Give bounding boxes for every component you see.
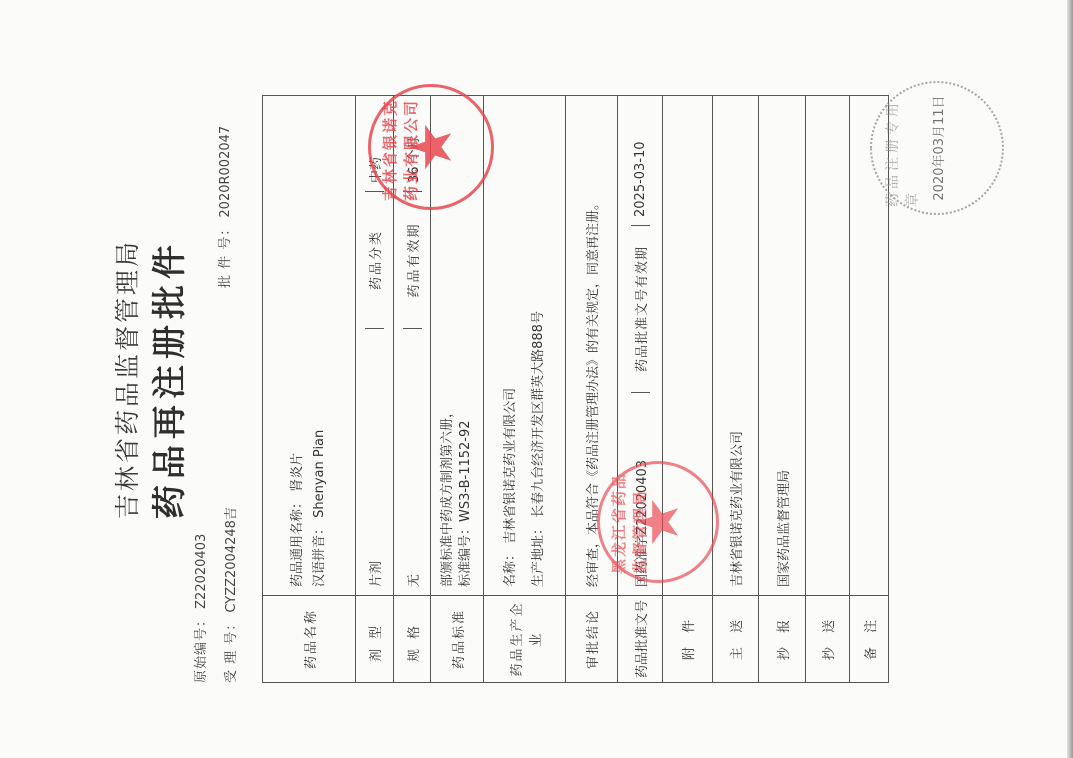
standard-line-2: 标准编号：WS3-B-1152-92 [457,104,475,587]
approval-number: 批 件 号： 2020R002047 [214,126,233,288]
acceptance-number-value: CYZZ2004248吉 [224,507,239,613]
validity-label: 药品有效期 [403,192,422,329]
label-standard: 药品标准 [431,596,484,683]
category-value: 中药 [365,96,384,192]
value-dosage-form-cell: 片剂 药品分类 中药 [356,96,394,596]
row-attachment: 附 件 [663,96,713,683]
value-conclusion: 经审查，本品符合《药品注册管理办法》的有关规定，同意再注册。 [566,96,618,596]
acceptance-number-label: 受 理 号： [224,617,239,683]
acceptance-number: 受 理 号： CYZZ2004248吉 [220,507,239,683]
label-drug-name: 药品名称 [263,596,356,683]
approval-number-label: 批 件 号： [218,222,233,288]
label-dosage-form: 剂型 [356,596,394,683]
value-drug-name: 药品通用名称： 肾炎片 汉语拼音： Shenyan Pian [263,96,356,596]
label-copy-to: 抄 送 [806,596,850,683]
approval-number-value: 2020R002047 [218,126,233,218]
value-manufacturer: 名称： 吉林省银诺克药业有限公司 生产地址： 长春九台经济开发区群英大路888号 [484,96,566,596]
label-remarks: 备 注 [850,596,889,683]
row-specification: 规格 无 药品有效期 36 个月 [394,96,431,683]
row-conclusion: 审批结论 经审查，本品符合《药品注册管理办法》的有关规定，同意再注册。 [566,96,618,683]
label-manufacturer: 药品生产企业 [484,596,566,683]
standard-line-1: 部颁标准中药成方制剂第六册， [439,104,457,587]
row-remarks: 备 注 [850,96,889,683]
approval-validity-label: 药品批准文号有效期 [631,226,650,393]
label-attachment: 附 件 [663,596,713,683]
registration-table: 药品名称 药品通用名称： 肾炎片 汉语拼音： Shenyan Pian 剂型 片… [262,95,889,683]
row-report-to: 抄 报 国家药品监督管理局 [759,96,806,683]
label-main-recipient: 主 送 [713,596,759,683]
dosage-form-value: 片剂 [365,329,384,596]
issuing-agency: 吉林省药品监督管理局 [108,0,144,758]
label-conclusion: 审批结论 [566,596,618,683]
document-title: 药品再注册批件 [142,0,191,758]
original-number-label: 原始编号： [194,613,209,683]
validity-value: 36 个月 [403,96,422,192]
row-copy-to: 抄 送 [806,96,850,683]
drug-pinyin: 汉语拼音： Shenyan Pian [309,104,331,587]
value-standard: 部颁标准中药成方制剂第六册， 标准编号：WS3-B-1152-92 [431,96,484,596]
label-report-to: 抄 报 [759,596,806,683]
value-remarks [850,96,889,596]
label-approval-doc: 药品批准文号 [618,596,663,683]
value-approval-doc-cell: 国药准字Z22020403 药品批准文号有效期 2025-03-10 [618,96,663,596]
manufacturer-address: 生产地址： 长春九台经济开发区群英大路888号 [525,104,552,587]
date-seal: 药品注册专用章 2020年03月11日 [870,81,1004,215]
category-label: 药品分类 [365,192,384,329]
row-approval-doc: 药品批准文号 国药准字Z22020403 药品批准文号有效期 2025-03-1… [618,96,663,683]
row-drug-name: 药品名称 药品通用名称： 肾炎片 汉语拼音： Shenyan Pian [263,96,356,683]
label-specification: 规格 [394,596,431,683]
row-manufacturer: 药品生产企业 名称： 吉林省银诺克药业有限公司 生产地址： 长春九台经济开发区群… [484,96,566,683]
document-page: 吉林省药品监督管理局 药品再注册批件 原始编号： Z22020403 受 理 号… [0,0,1073,758]
original-number: 原始编号： Z22020403 [190,534,209,683]
drug-common-name: 药品通用名称： 肾炎片 [287,104,309,587]
approval-date: 2020年03月11日 [928,95,947,200]
date-seal-ring-text: 药品注册专用章 [878,89,996,207]
value-main-recipient: 吉林省银诺克药业有限公司 [713,96,759,596]
approval-validity-value: 2025-03-10 [631,96,650,226]
row-dosage-form: 剂型 片剂 药品分类 中药 [356,96,394,683]
value-copy-to [806,96,850,596]
row-standard: 药品标准 部颁标准中药成方制剂第六册， 标准编号：WS3-B-1152-92 [431,96,484,683]
value-attachment [663,96,713,596]
row-main-recipient: 主 送 吉林省银诺克药业有限公司 [713,96,759,683]
specification-value: 无 [403,329,422,596]
value-report-to: 国家药品监督管理局 [759,96,806,596]
approval-doc-value: 国药准字Z22020403 [631,393,650,596]
manufacturer-name: 名称： 吉林省银诺克药业有限公司 [497,104,524,587]
original-number-value: Z22020403 [194,534,209,609]
value-specification-cell: 无 药品有效期 36 个月 [394,96,431,596]
